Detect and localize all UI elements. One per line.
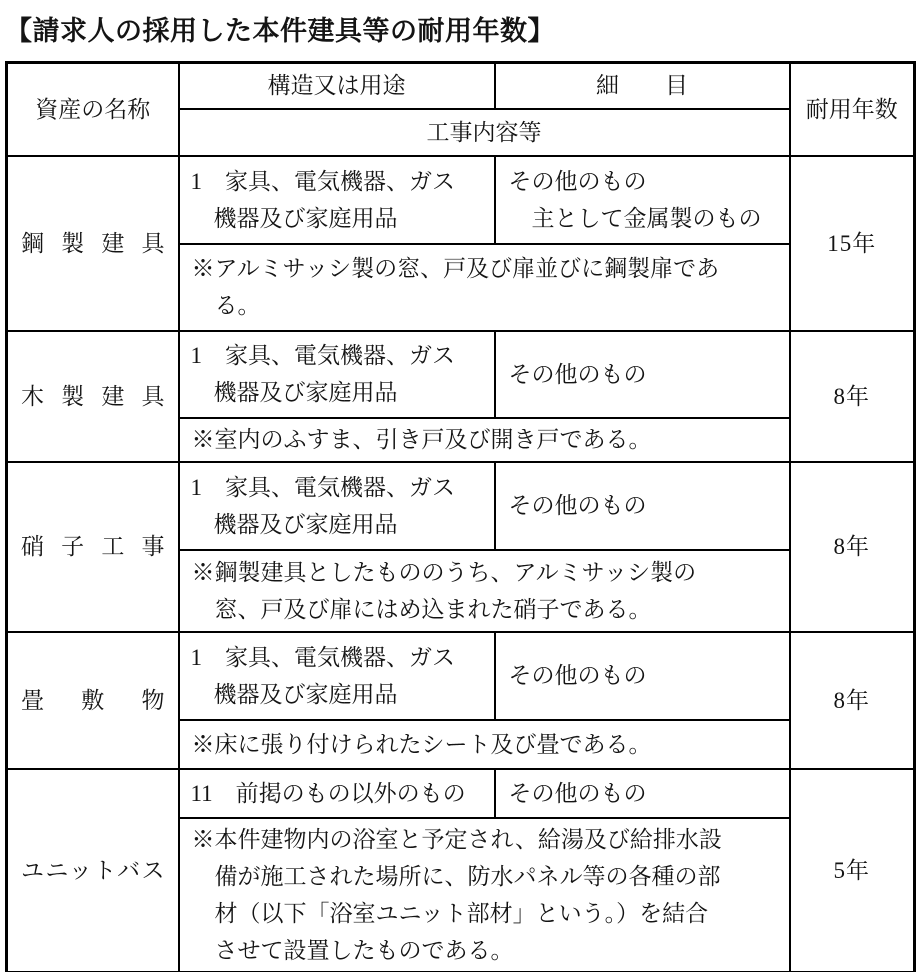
table-row: 木製建具 1 家具、電気機器、ガス 機器及び家庭用品 その他のもの 8年 <box>7 331 915 418</box>
note-cell: ※床に張り付けられたシート及び畳である。 <box>179 720 790 769</box>
asset-name-cell: 硝子工事 <box>7 462 179 632</box>
useful-life-table: 資産の名称 構造又は用途 細 目 耐用年数 工事内容等 鋼製建具 1 家具、電気… <box>5 61 916 972</box>
header-construction-content: 工事内容等 <box>179 109 790 156</box>
structure-cell: 1 家具、電気機器、ガス 機器及び家庭用品 <box>179 632 495 720</box>
structure-cell: 1 家具、電気機器、ガス 機器及び家庭用品 <box>179 462 495 550</box>
useful-life-cell: 8年 <box>790 462 915 632</box>
table-row: 畳敷物 1 家具、電気機器、ガス 機器及び家庭用品 その他のもの 8年 <box>7 632 915 720</box>
header-structure-or-use: 構造又は用途 <box>179 63 495 109</box>
header-detail: 細 目 <box>495 63 790 109</box>
table-row: 鋼製建具 1 家具、電気機器、ガス 機器及び家庭用品 その他のもの 主として金属… <box>7 156 915 244</box>
structure-cell: 11 前掲のもの以外のもの <box>179 769 495 818</box>
header-row-1: 資産の名称 構造又は用途 細 目 耐用年数 <box>7 63 915 109</box>
document-page: 【請求人の採用した本件建具等の耐用年数】 資産の名称 構造又は用途 細 目 耐用… <box>0 0 919 972</box>
structure-cell: 1 家具、電気機器、ガス 機器及び家庭用品 <box>179 331 495 418</box>
asset-name-cell: 木製建具 <box>7 331 179 462</box>
detail-cell: その他のもの <box>495 769 790 818</box>
detail-cell: その他のもの <box>495 331 790 418</box>
table-row: ユニットバス 11 前掲のもの以外のもの その他のもの 5年 <box>7 769 915 818</box>
asset-name-cell: 鋼製建具 <box>7 156 179 331</box>
table-row: 硝子工事 1 家具、電気機器、ガス 機器及び家庭用品 その他のもの 8年 <box>7 462 915 550</box>
useful-life-cell: 5年 <box>790 769 915 972</box>
detail-cell: その他のもの <box>495 462 790 550</box>
header-asset-name: 資産の名称 <box>7 63 179 156</box>
page-title: 【請求人の採用した本件建具等の耐用年数】 <box>5 9 919 48</box>
note-cell: ※室内のふすま、引き戸及び開き戸である。 <box>179 418 790 462</box>
note-cell: ※アルミサッシ製の窓、戸及び扉並びに鋼製扉であ る。 <box>179 244 790 331</box>
header-useful-life: 耐用年数 <box>790 63 915 156</box>
asset-name-cell: 畳敷物 <box>7 632 179 769</box>
detail-cell: その他のもの 主として金属製のもの <box>495 156 790 244</box>
useful-life-cell: 8年 <box>790 632 915 769</box>
note-cell: ※本件建物内の浴室と予定され、給湯及び給排水設 備が施工された場所に、防水パネル… <box>179 818 790 972</box>
asset-name-cell: ユニットバス <box>7 769 179 972</box>
useful-life-cell: 15年 <box>790 156 915 331</box>
useful-life-cell: 8年 <box>790 331 915 462</box>
detail-cell: その他のもの <box>495 632 790 720</box>
structure-cell: 1 家具、電気機器、ガス 機器及び家庭用品 <box>179 156 495 244</box>
note-cell: ※鋼製建具としたもののうち、アルミサッシ製の 窓、戸及び扉にはめ込まれた硝子であ… <box>179 550 790 632</box>
